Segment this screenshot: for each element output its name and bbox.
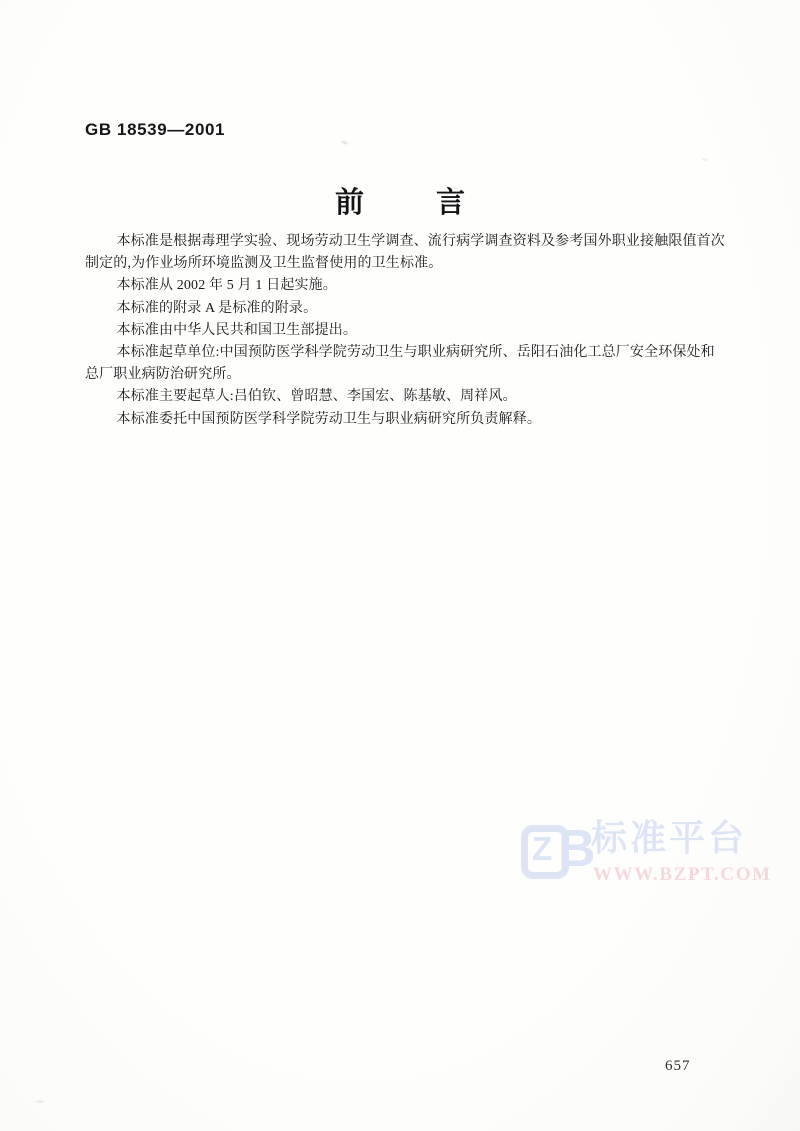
bzpt-logo-icon: Z B [521,818,587,882]
page-title-char-right: 言 [436,180,465,221]
watermark-url: WWW.BZPT.COM [593,864,772,886]
body-line: 本标准的附录 A 是标准的附录。 [85,298,733,320]
page-title: 前 言 [0,180,800,221]
scanned-document-page: GB 18539—2001 前 言 本标准是根据毒理学实验、现场劳动卫生学调查、… [0,0,800,1131]
standard-code: GB 18539—2001 [85,120,225,140]
logo-letter-b: B [558,817,596,881]
watermark-brand: 标准平台 [591,818,772,858]
body-line: 总厂职业病防治研究所。 [85,364,733,386]
scan-speck [36,1100,44,1103]
body-line: 本标准起草单位:中国预防医学科学院劳动卫生与职业病研究所、岳阳石油化工总厂安全环… [85,342,733,364]
body-line: 本标准主要起草人:吕伯钦、曾昭慧、李国宏、陈基敏、周祥风。 [85,386,733,408]
watermark-text: 标准平台 WWW.BZPT.COM [591,818,772,886]
body-line: 本标准委托中国预防医学科学院劳动卫生与职业病研究所负责解释。 [85,409,733,431]
body-line: 本标准由中华人民共和国卫生部提出。 [85,320,733,342]
scan-speck [341,140,349,146]
page-title-char-left: 前 [335,180,364,221]
watermark: Z B 标准平台 WWW.BZPT.COM [521,818,772,886]
foreword-body: 本标准是根据毒理学实验、现场劳动卫生学调查、流行病学调查资料及参考国外职业接触限… [85,231,733,431]
logo-letter-z: Z [532,829,552,869]
scan-speck [702,158,708,161]
body-line: 本标准是根据毒理学实验、现场劳动卫生学调查、流行病学调查资料及参考国外职业接触限… [85,231,733,253]
body-line: 制定的,为作业场所环境监测及卫生监督使用的卫生标准。 [85,253,733,275]
page-number: 657 [665,1058,691,1075]
body-line: 本标准从 2002 年 5 月 1 日起实施。 [85,275,733,297]
